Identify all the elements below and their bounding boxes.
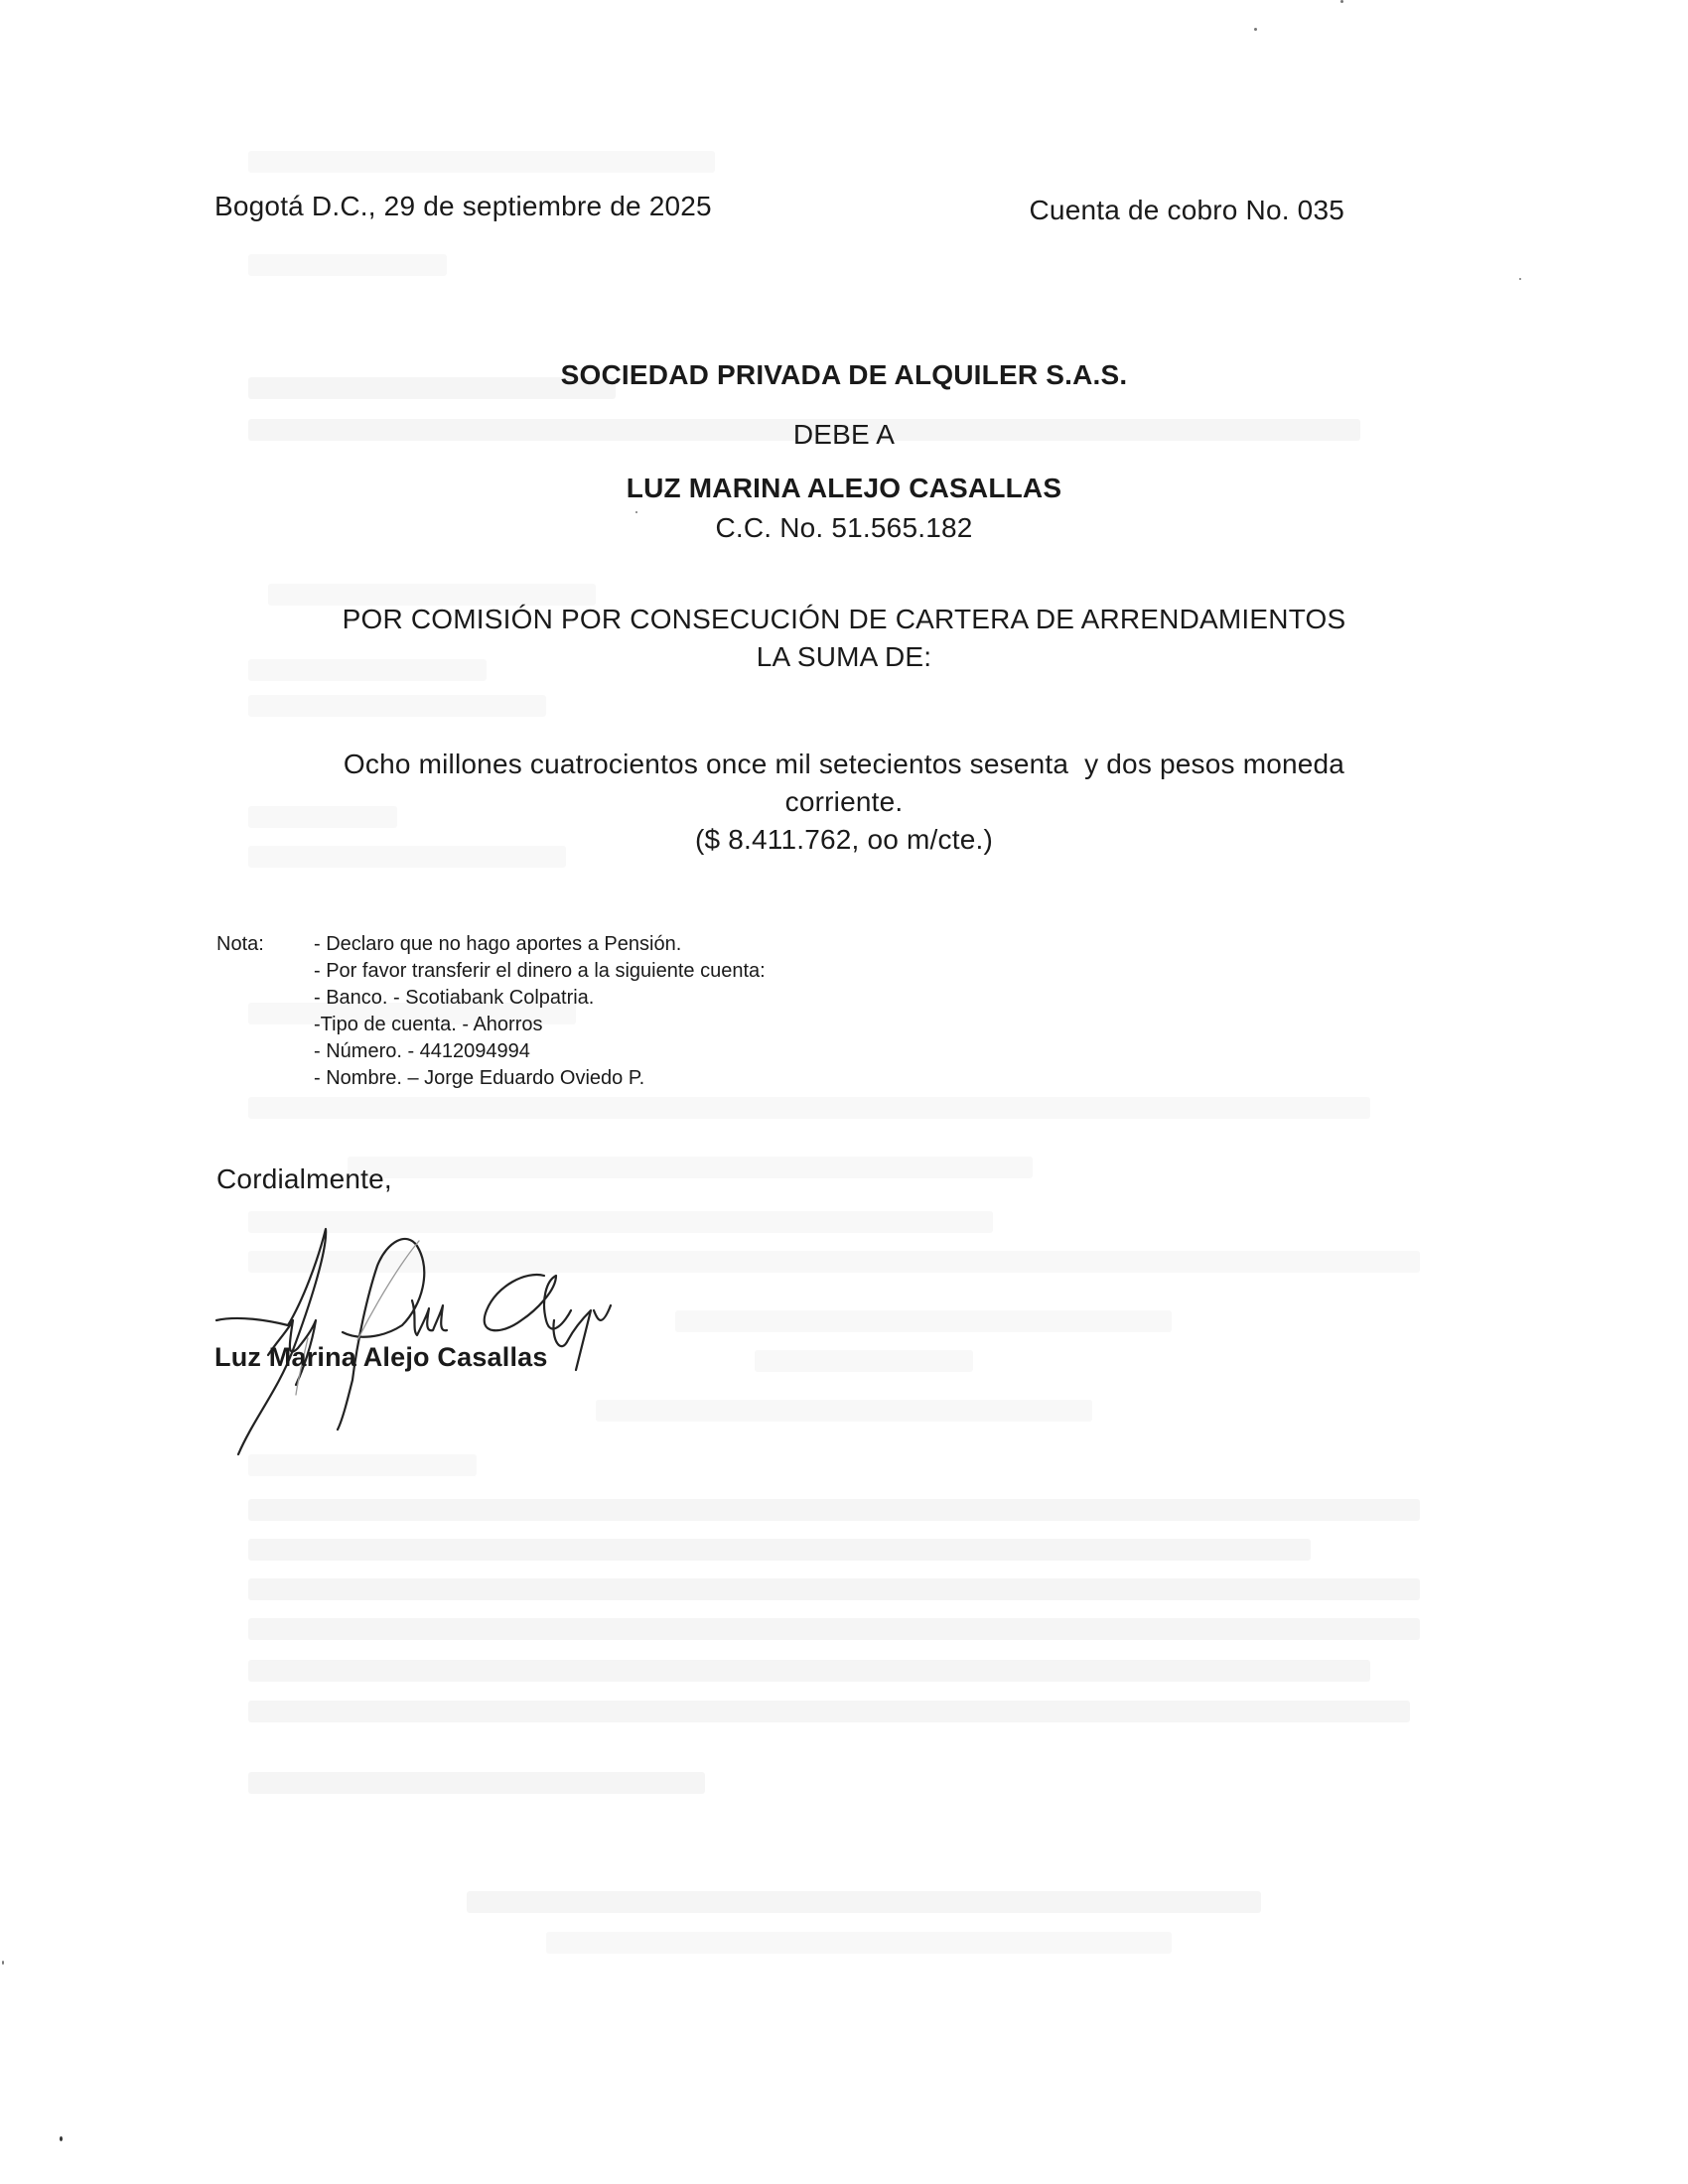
owes-to-label: DEBE A [0, 419, 1688, 451]
scan-speck [1254, 28, 1257, 31]
salutation: Cordialmente, [216, 1163, 392, 1195]
invoice-number: Cuenta de cobro No. 035 [1030, 195, 1344, 226]
handwritten-signature [209, 1221, 665, 1459]
note-line: - Nombre. – Jorge Eduardo Oviedo P. [314, 1067, 644, 1090]
note-line: - Número. - 4412094994 [314, 1040, 530, 1063]
document-page: Bogotá D.C., 29 de septiembre de 2025 Cu… [0, 0, 1688, 2184]
concept-line-1: POR COMISIÓN POR CONSECUCIÓN DE CARTERA … [0, 604, 1688, 635]
note-line: - Por favor transferir el dinero a la si… [314, 960, 766, 983]
amount-in-words-line-2: corriente. [0, 786, 1688, 818]
debtor-company: SOCIEDAD PRIVADA DE ALQUILER S.A.S. [0, 359, 1688, 391]
creditor-id: C.C. No. 51.565.182 [0, 512, 1688, 544]
scan-speck [1519, 278, 1521, 280]
note-line: -Tipo de cuenta. - Ahorros [314, 1014, 543, 1036]
creditor-name: LUZ MARINA ALEJO CASALLAS [0, 473, 1688, 504]
note-label: Nota: [216, 933, 264, 956]
scan-speck [60, 2136, 63, 2141]
amount-figure: ($ 8.411.762, oo m/cte.) [0, 824, 1688, 856]
amount-in-words-line-1: Ocho millones cuatrocientos once mil set… [0, 749, 1688, 780]
note-line: - Declaro que no hago aportes a Pensión. [314, 933, 681, 956]
concept-line-2: LA SUMA DE: [0, 641, 1688, 673]
place-and-date: Bogotá D.C., 29 de septiembre de 2025 [214, 191, 712, 222]
signer-name: Luz Marina Alejo Casallas [214, 1342, 548, 1373]
note-line: - Banco. - Scotiabank Colpatria. [314, 987, 594, 1010]
scan-speck [1340, 0, 1343, 3]
scan-speck [2, 1961, 4, 1965]
